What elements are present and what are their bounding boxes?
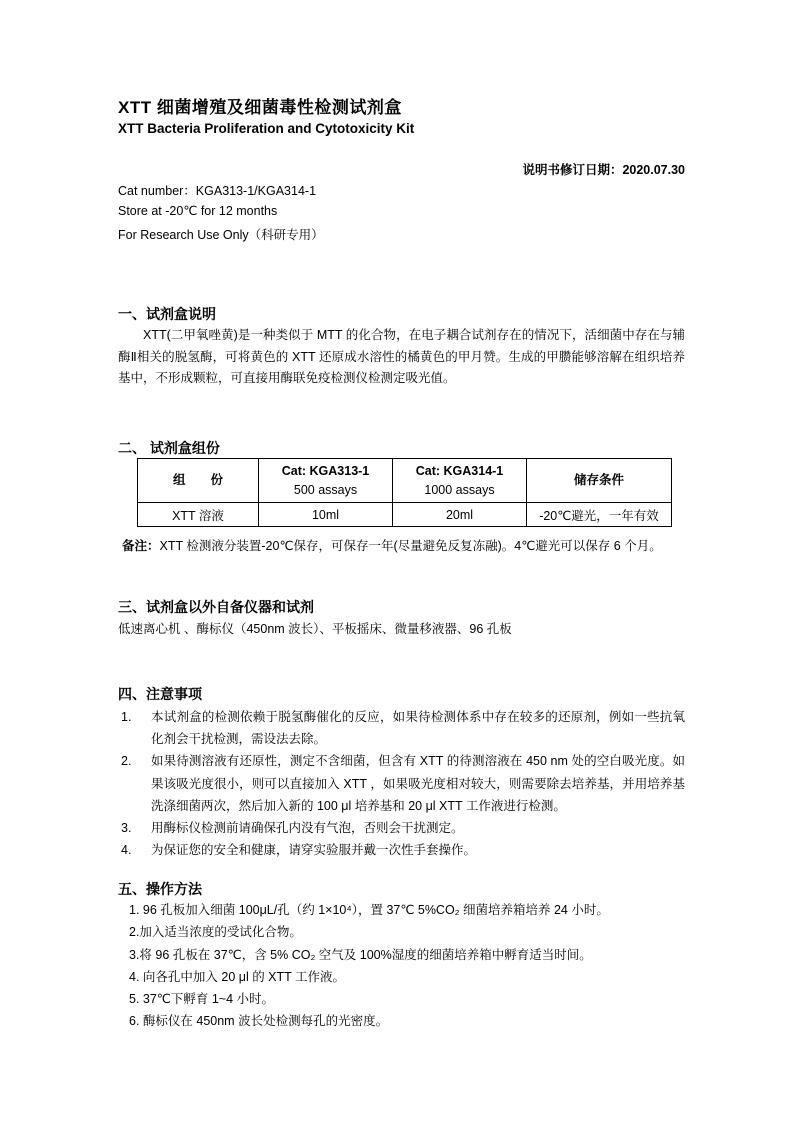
precaution-item: 1. 本试剂盒的检测依赖于脱氢酶催化的反应，如果待检测体系中存在较多的还原剂，例… — [121, 706, 685, 750]
precaution-text: 本试剂盒的检测依赖于脱氢酶催化的反应，如果待检测体系中存在较多的还原剂，例如一些… — [151, 706, 685, 750]
cell-volume-kga314: 20ml — [393, 503, 527, 527]
section3-title: 三、试剂盒以外自备仪器和试剂 — [118, 597, 314, 617]
precaution-text: 为保证您的安全和健康，请穿实验服并戴一次性手套操作。 — [151, 839, 685, 861]
precaution-item: 4. 为保证您的安全和健康，请穿实验服并戴一次性手套操作。 — [121, 839, 685, 861]
kit-title-chinese: XTT 细菌增殖及细菌毒性检测试剂盒 — [118, 93, 402, 118]
cell-volume-kga313: 10ml — [259, 503, 393, 527]
components-table-header-row: 组 份 Cat: KGA313-1 500 assays Cat: KGA314… — [138, 459, 672, 503]
storage-header-label: 储存条件 — [527, 471, 671, 490]
procedure-step: 4. 向各孔中加入 20 μl 的 XTT 工作液。 — [129, 966, 685, 988]
document-page: XTT 细菌增殖及细菌毒性检测试剂盒 XTT Bacteria Prolifer… — [0, 0, 794, 1123]
precaution-item: 2. 如果待测溶液有还原性，测定不含细菌，但含有 XTT 的待测溶液在 450 … — [121, 750, 685, 817]
header-cell-kga313: Cat: KGA313-1 500 assays — [259, 459, 393, 503]
research-use-only: For Research Use Only（科研专用） — [118, 225, 324, 243]
note-text: XTT 检测液分装置-20℃保存，可保存一年(尽量避免反复冻融)。4℃避光可以保… — [160, 539, 662, 553]
note-label: 备注： — [122, 539, 160, 553]
manual-revision-date: 说明书修订日期：2020.07.30 — [118, 160, 685, 178]
procedure-step: 3.将 96 孔板在 37℃，含 5% CO₂ 空气及 100%湿度的细菌培养箱… — [129, 944, 685, 966]
kga313-cat-label: Cat: KGA313-1 — [259, 462, 392, 481]
storage-condition: Store at -20℃ for 12 months — [118, 203, 277, 218]
cell-storage-condition: -20℃避光，一年有效 — [527, 503, 672, 527]
section2-title: 二、 试剂盒组份 — [118, 438, 220, 458]
precaution-number: 3. — [121, 817, 151, 839]
kga314-cat-label: Cat: KGA314-1 — [393, 462, 526, 481]
precaution-number: 2. — [121, 750, 151, 817]
kit-title-english: XTT Bacteria Proliferation and Cytotoxic… — [118, 121, 414, 136]
section1-description: XTT(二甲氧唑黄)是一种类似于 MTT 的化合物，在电子耦合试剂存在的情况下，… — [118, 325, 685, 390]
document-content: XTT 细菌增殖及细菌毒性检测试剂盒 XTT Bacteria Prolifer… — [118, 0, 685, 1123]
section1-title: 一、试剂盒说明 — [118, 304, 216, 324]
section5-title: 五、操作方法 — [118, 879, 202, 899]
header-cell-storage: 储存条件 — [527, 459, 672, 503]
components-table-data-row: XTT 溶液 10ml 20ml -20℃避光，一年有效 — [138, 503, 672, 527]
kga313-assays-label: 500 assays — [259, 481, 392, 500]
procedure-step: 6. 酶标仪在 450nm 波长处检测每孔的光密度。 — [129, 1010, 685, 1032]
precaution-number: 4. — [121, 839, 151, 861]
procedure-step: 1. 96 孔板加入细菌 100μL/孔（约 1×10⁴），置 37℃ 5%CO… — [129, 899, 685, 921]
precaution-number: 1. — [121, 706, 151, 750]
precaution-item: 3. 用酶标仪检测前请确保孔内没有气泡，否则会干扰测定。 — [121, 817, 685, 839]
header-cell-component: 组 份 — [138, 459, 259, 503]
components-note: 备注：XTT 检测液分装置-20℃保存，可保存一年(尽量避免反复冻融)。4℃避光… — [122, 536, 685, 554]
section3-equipment-list: 低速离心机 、酶标仪（450nm 波长）、平板摇床、微量移液器、96 孔板 — [118, 619, 685, 637]
components-table: 组 份 Cat: KGA313-1 500 assays Cat: KGA314… — [137, 458, 672, 527]
kga314-assays-label: 1000 assays — [393, 481, 526, 500]
cell-component-name: XTT 溶液 — [138, 503, 259, 527]
component-header-label: 组 份 — [138, 471, 258, 490]
precautions-list: 1. 本试剂盒的检测依赖于脱氢酶催化的反应，如果待检测体系中存在较多的还原剂，例… — [121, 706, 685, 861]
section4-title: 四、注意事项 — [118, 684, 202, 704]
procedure-step: 2.加入适当浓度的受试化合物。 — [129, 921, 685, 943]
precaution-text: 如果待测溶液有还原性，测定不含细菌，但含有 XTT 的待测溶液在 450 nm … — [151, 750, 685, 817]
procedure-steps: 1. 96 孔板加入细菌 100μL/孔（约 1×10⁴），置 37℃ 5%CO… — [129, 899, 685, 1033]
procedure-step: 5. 37℃下孵育 1~4 小时。 — [129, 988, 685, 1010]
precaution-text: 用酶标仪检测前请确保孔内没有气泡，否则会干扰测定。 — [151, 817, 685, 839]
catalog-number: Cat number：KGA313-1/KGA314-1 — [118, 181, 316, 199]
header-cell-kga314: Cat: KGA314-1 1000 assays — [393, 459, 527, 503]
